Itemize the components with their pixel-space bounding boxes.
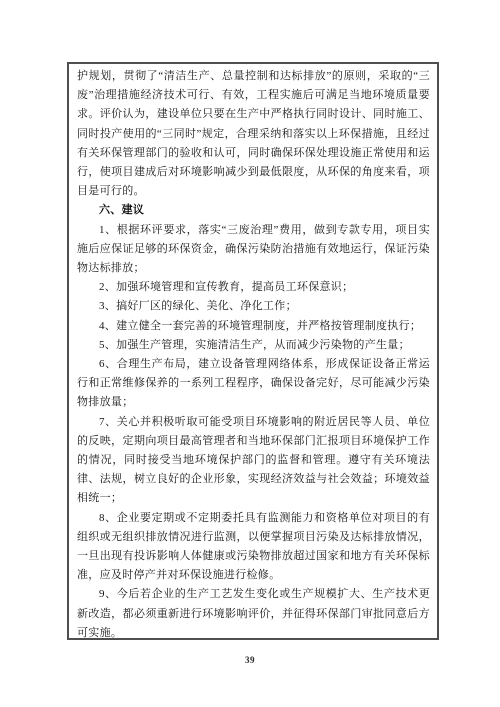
paragraph-continuation: 护规划，贯彻了“清洁生产、总量控制和达标排放”的原则，采取的“三废”治理措施经济…: [77, 67, 430, 201]
suggestion-item-4: 4、建立健全一套完善的环境管理制度，并严格按管理制度执行；: [77, 317, 430, 336]
suggestion-item-8: 8、企业要定期或不定期委托具有监测能力和资格单位对项目的有组织或无组织排放情况进…: [77, 509, 430, 586]
document-page: 护规划，贯彻了“清洁生产、总量控制和达标排放”的原则，采取的“三废”治理措施经济…: [0, 0, 500, 707]
suggestion-item-1: 1、根据环评要求，落实“三废治理”费用，做到专款专用，项目实施后应保证足够的环保…: [77, 221, 430, 279]
suggestion-item-3: 3、搞好厂区的绿化、美化、净化工作；: [77, 297, 430, 316]
section-heading-suggestions: 六、建议: [77, 201, 430, 220]
suggestion-item-9: 9、今后若企业的生产工艺发生变化或生产规模扩大、生产技术更新改造，都必须重新进行…: [77, 585, 430, 640]
suggestion-item-7: 7、关心并积极听取可能受项目环境影响的附近居民等人员、单位的反映，定期向项目最高…: [77, 413, 430, 509]
suggestion-item-2: 2、加强环境管理和宣传教育，提高员工环保意识；: [77, 278, 430, 297]
suggestion-item-6: 6、合理生产布局，建立设备管理网络体系，形成保证设备正常运行和正常维修保养的一系…: [77, 355, 430, 413]
suggestion-item-5: 5、加强生产管理，实施清洁生产，从而减少污染物的产生量；: [77, 336, 430, 355]
page-number: 39: [245, 655, 255, 665]
page-footer: 39: [0, 650, 500, 668]
content-border-box: 护规划，贯彻了“清洁生产、总量控制和达标排放”的原则，采取的“三废”治理措施经济…: [67, 62, 439, 640]
